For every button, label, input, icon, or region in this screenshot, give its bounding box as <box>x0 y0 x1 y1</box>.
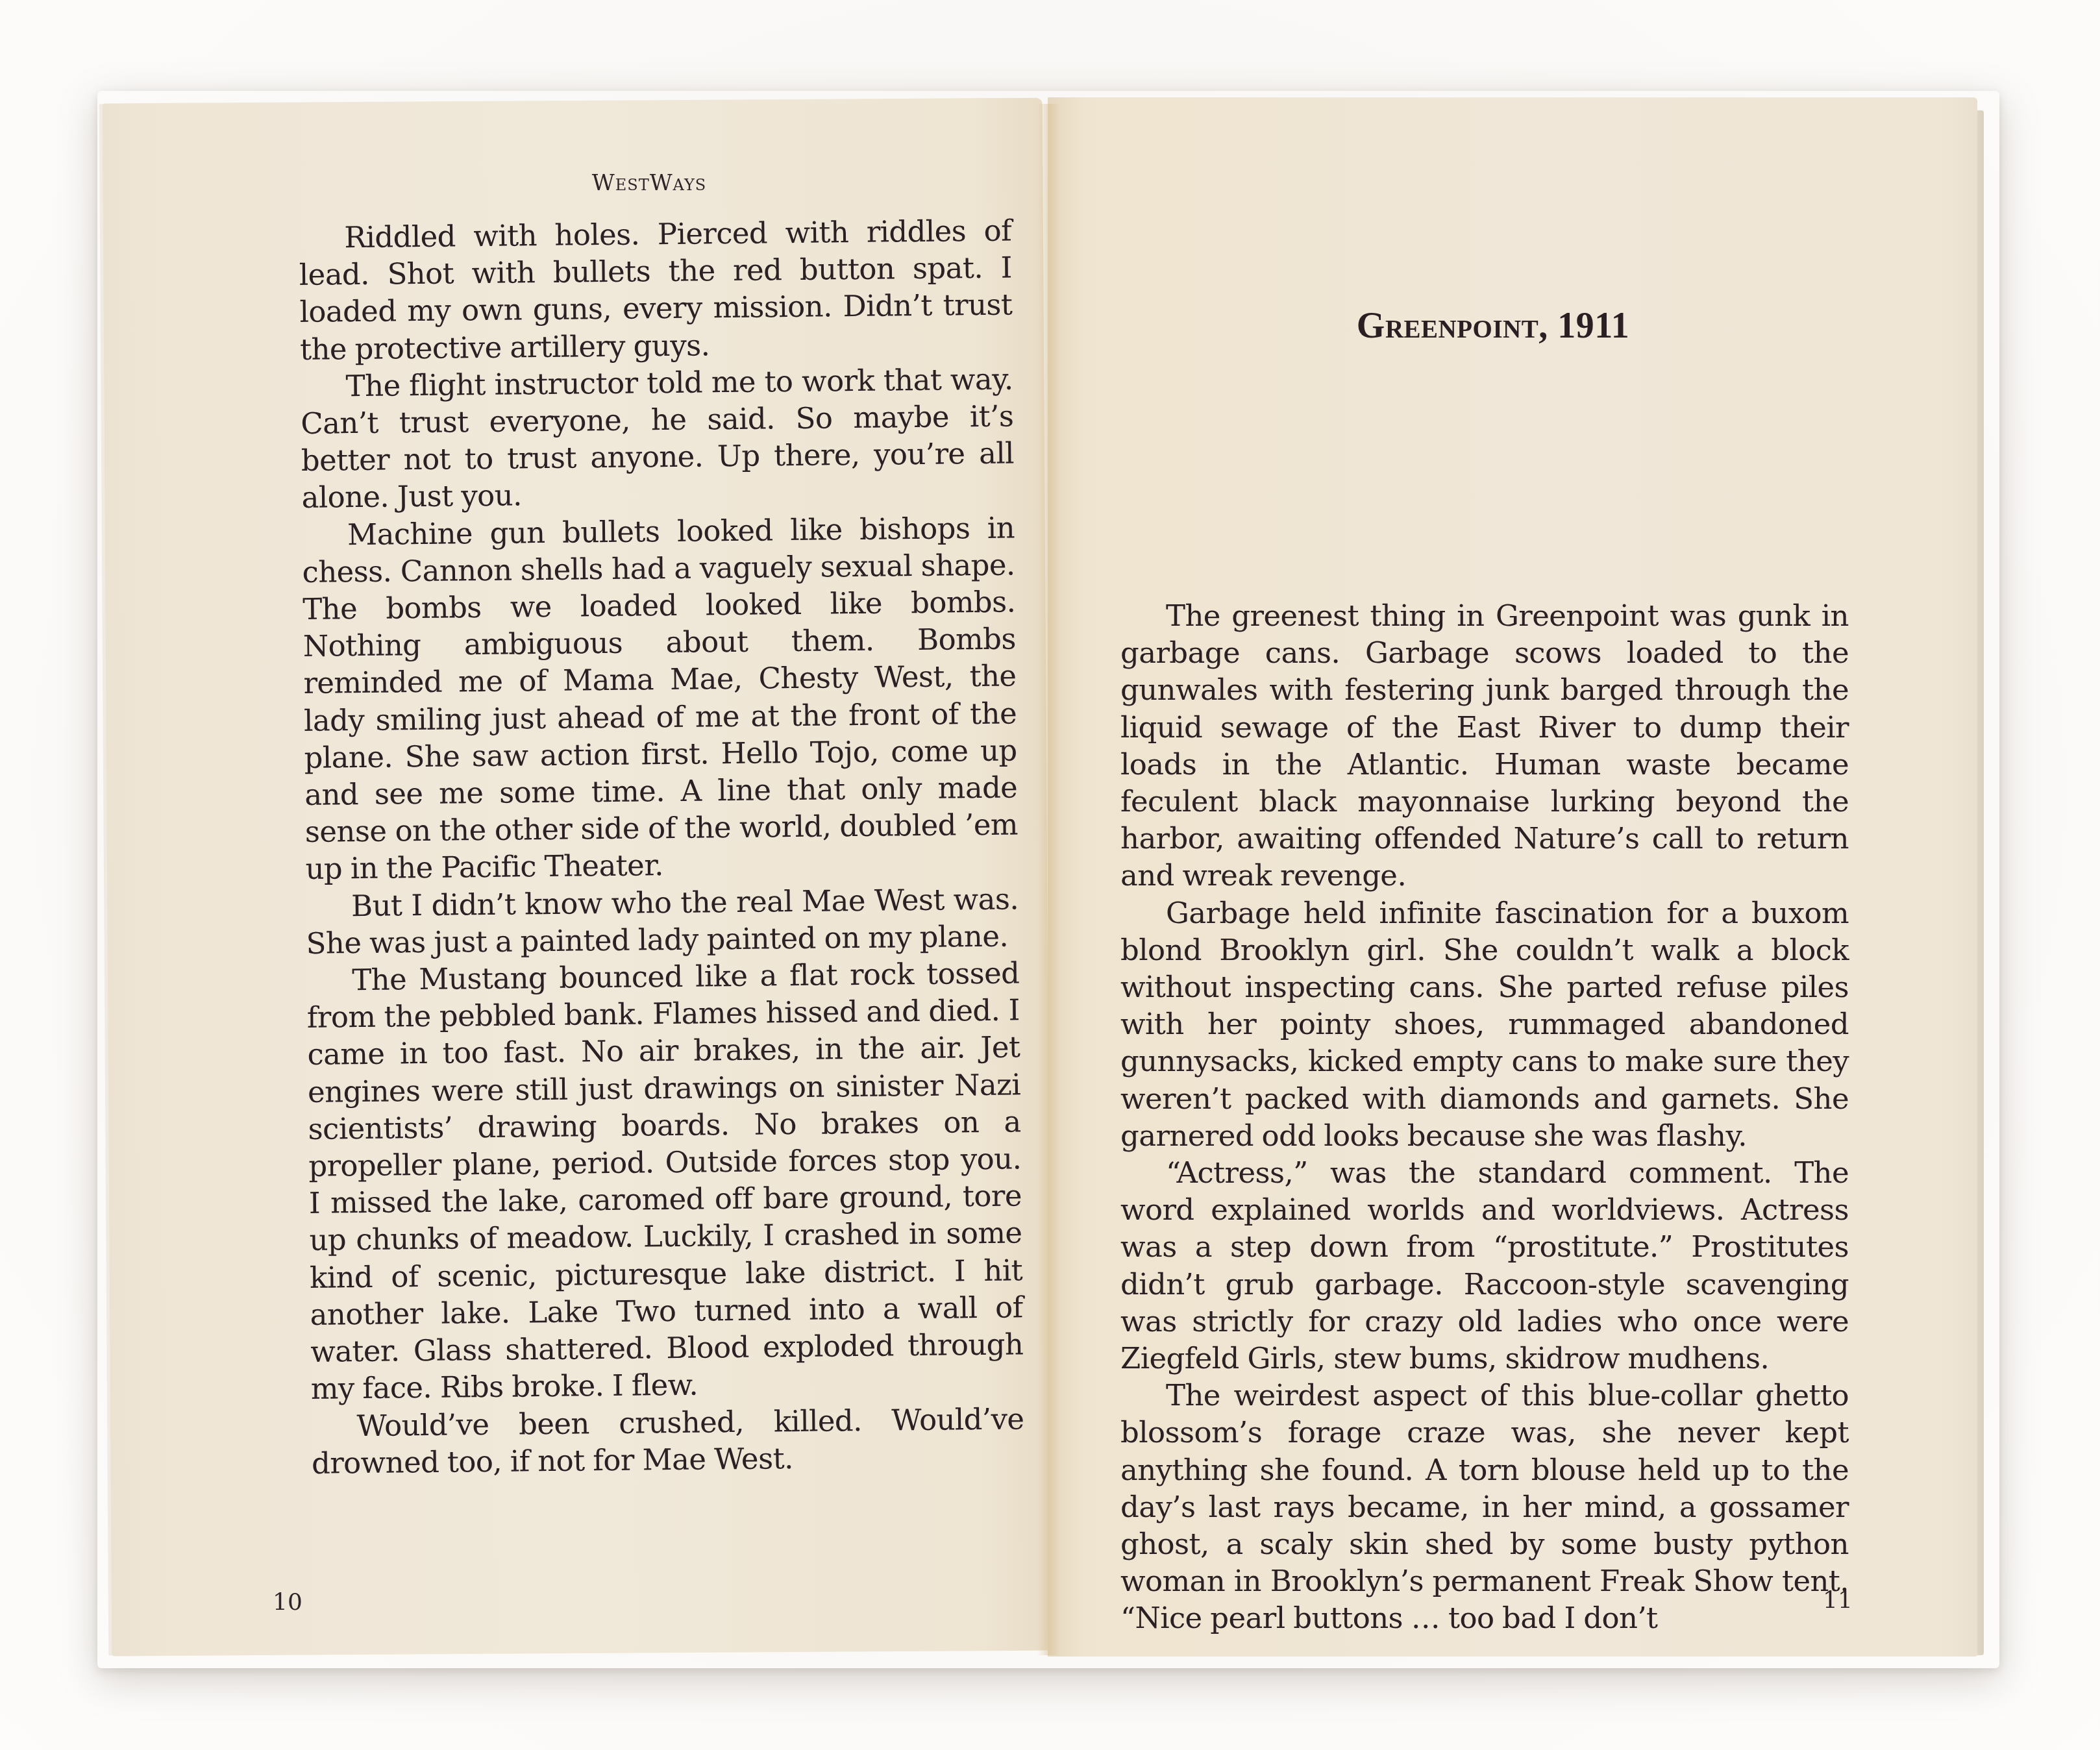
paragraph: Would’ve been crushed, killed. Would’ve … <box>311 1400 1024 1482</box>
paragraph: Garbage held infinite fascination for a … <box>1120 894 1849 1154</box>
paragraph: The flight instructor told me to work th… <box>300 360 1014 516</box>
left-page-body: Riddled with holes. Pierced with riddles… <box>299 212 1024 1482</box>
page-number-left: 10 <box>273 1589 303 1616</box>
book-gutter <box>1037 104 1061 1655</box>
page-number-right: 11 <box>1823 1587 1853 1614</box>
paragraph: Riddled with holes. Pierced with riddles… <box>299 212 1013 368</box>
right-page-body: The greenest thing in Greenpoint was gun… <box>1120 597 1849 1637</box>
chapter-title: Greenpoint, 1911 <box>1201 305 1785 347</box>
paragraph: “Actress,” was the standard comment. The… <box>1120 1154 1849 1377</box>
paragraph: But I didn’t know who the real Mae West … <box>306 880 1019 962</box>
paragraph: Machine gun bullets looked like bishops … <box>302 509 1019 887</box>
paragraph: The Mustang bounced like a flat rock tos… <box>306 955 1024 1408</box>
paragraph: The greenest thing in Greenpoint was gun… <box>1120 597 1849 894</box>
running-head: WestWays <box>519 170 779 196</box>
paragraph: The weirdest aspect of this blue-collar … <box>1120 1377 1849 1636</box>
